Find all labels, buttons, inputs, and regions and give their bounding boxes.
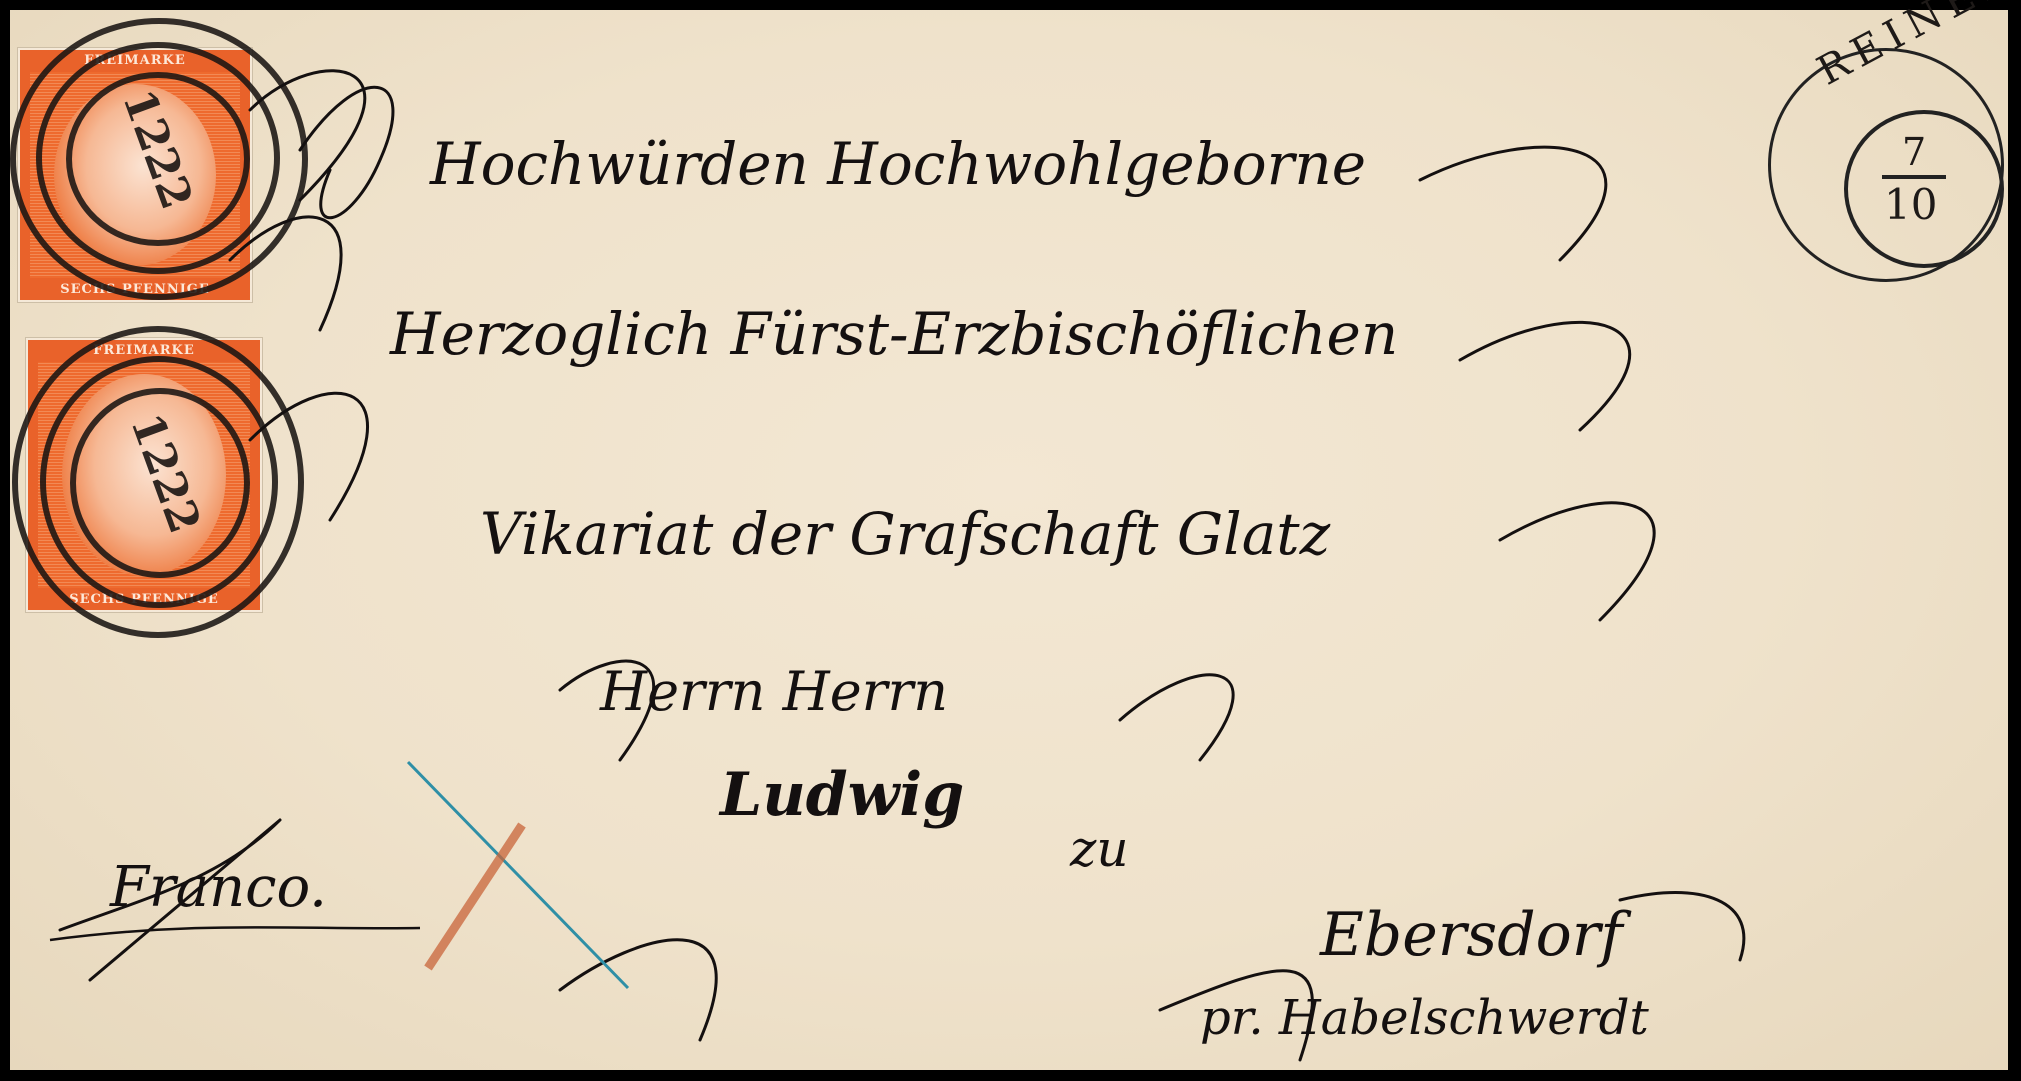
franco-underline [0,0,2021,1081]
